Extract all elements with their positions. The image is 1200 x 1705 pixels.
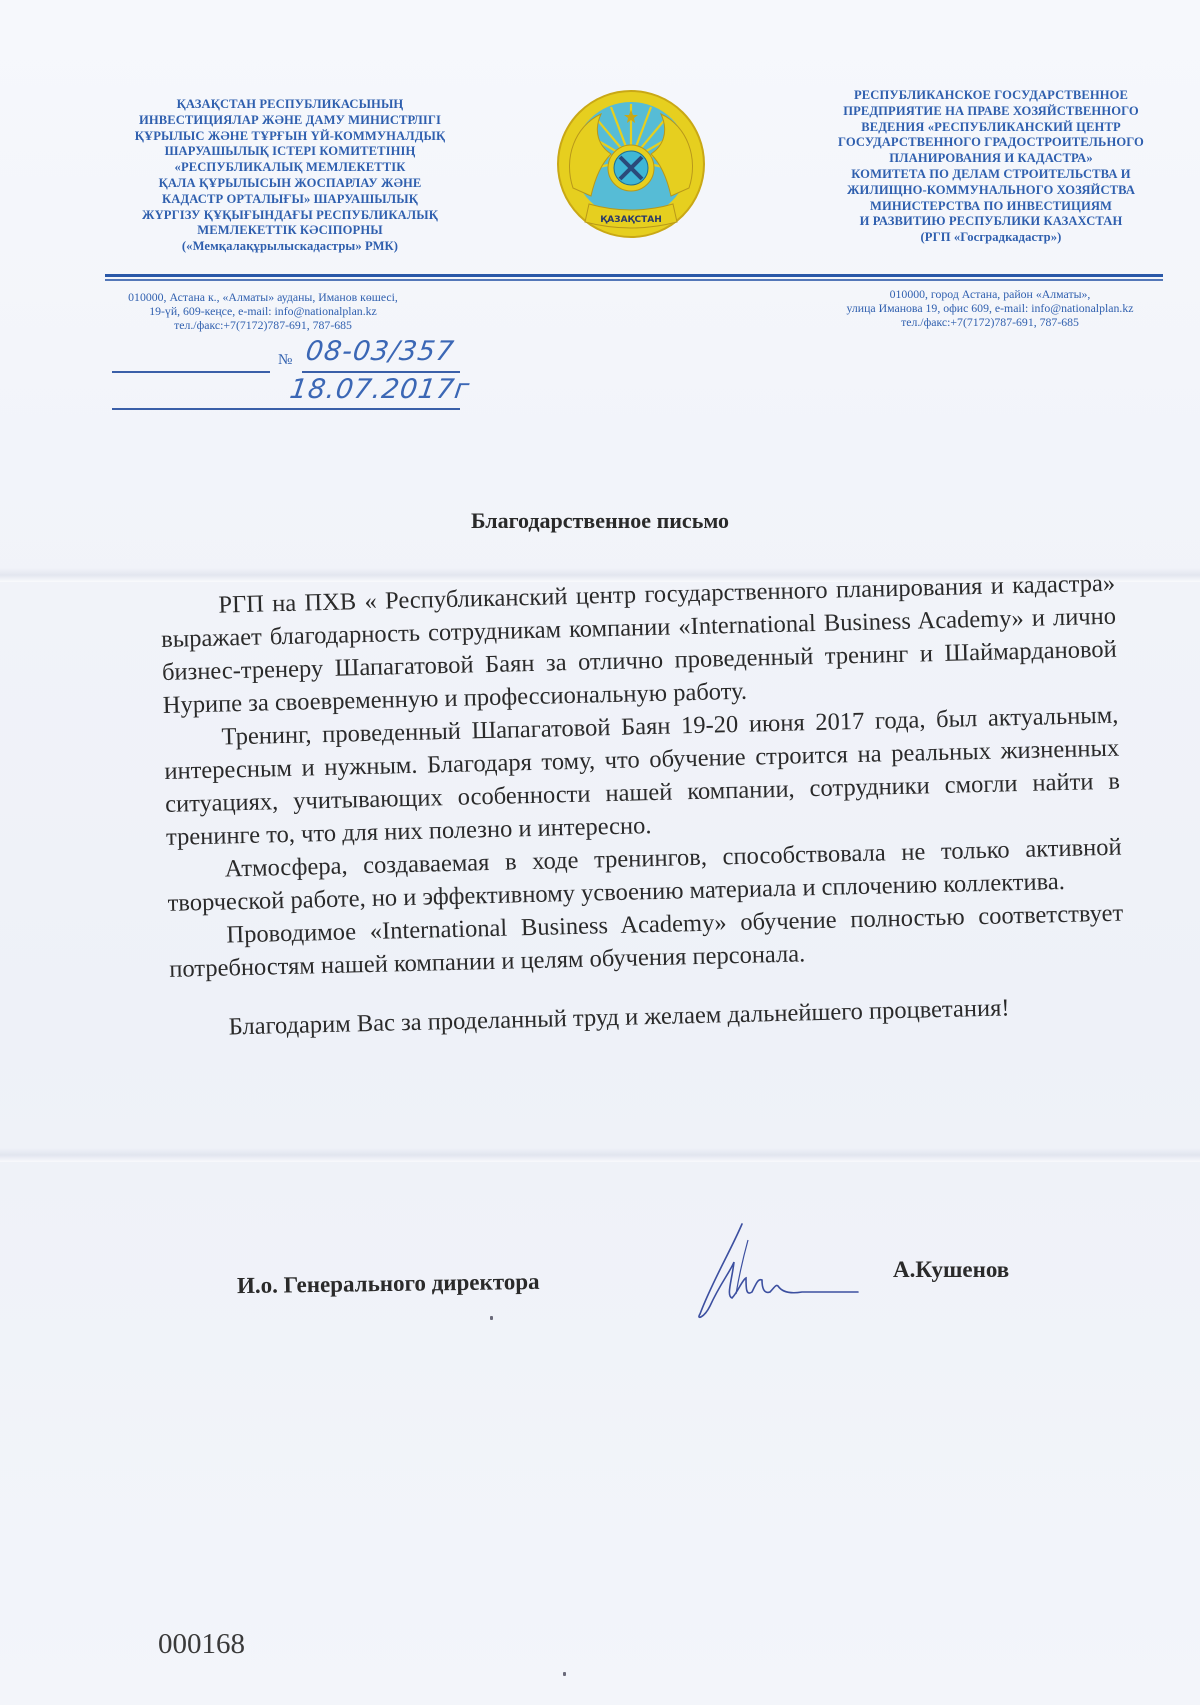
letterhead-line: МЕМЛЕКЕТТІК КӘСІПОРНЫ [100, 223, 480, 239]
letterhead-line: ИНВЕСТИЦИЯЛАР ЖӘНЕ ДАМУ МИНИСТРЛІГІ [100, 113, 480, 129]
letterhead-line: КОМИТЕТА ПО ДЕЛАМ СТРОИТЕЛЬСТВА И [808, 167, 1174, 183]
serial-number: 000168 [158, 1628, 245, 1661]
letterhead-line: ПРЕДПРИЯТИЕ НА ПРАВЕ ХОЗЯЙСТВЕННОГО [808, 104, 1174, 120]
speck [563, 1672, 566, 1676]
svg-text:ҚАЗАҚСТАН: ҚАЗАҚСТАН [600, 215, 662, 225]
kazakhstan-emblem-icon: ҚАЗАҚСТАН [555, 88, 707, 240]
letterhead-line: «РЕСПУБЛИКАЛЫҚ МЕМЛЕКЕТТІК [100, 160, 480, 176]
letter-title: Благодарственное письмо [0, 508, 1200, 534]
number-blank-line [302, 371, 460, 373]
paper-fold [0, 1148, 1200, 1162]
letterhead-right-russian: РЕСПУБЛИКАНСКОЕ ГОСУДАРСТВЕННОЕ ПРЕДПРИЯ… [808, 88, 1174, 246]
address-right-russian: 010000, город Астана, район «Алматы», ул… [800, 287, 1180, 329]
speck [490, 1316, 493, 1320]
letterhead-line: И РАЗВИТИЮ РЕСПУБЛИКИ КАЗАХСТАН [808, 214, 1174, 230]
number-sign: № [278, 352, 292, 369]
letterhead-line: ГОСУДАРСТВЕННОГО ГРАДОСТРОИТЕЛЬНОГО [808, 135, 1174, 151]
letterhead-abbreviation: (РГП «Госградкадастр») [808, 230, 1174, 246]
handwritten-signature [690, 1222, 860, 1322]
registration-date: 18.07.2017г [288, 374, 472, 405]
letterhead-line: ҚҰРЫЛЫС ЖӘНЕ ТҰРҒЫН ҮЙ-КОММУНАЛДЫҚ [100, 129, 480, 145]
letterhead-line: ВЕДЕНИЯ «РЕСПУБЛИКАНСКИЙ ЦЕНТР [808, 120, 1174, 136]
letterhead-line: МИНИСТЕРСТВА ПО ИНВЕСТИЦИЯМ [808, 199, 1174, 215]
letterhead-line: ПЛАНИРОВАНИЯ И КАДАСТРА» [808, 151, 1174, 167]
date-blank-line [112, 371, 270, 373]
date-line [112, 408, 460, 410]
letterhead-divider [105, 274, 1163, 277]
letterhead-abbreviation: («Мемқалақұрылыскадастры» РМК) [100, 239, 480, 255]
address-line: тел./факс:+7(7172)787-691, 787-685 [800, 315, 1180, 329]
signatory-title: И.о. Генерального директора [237, 1269, 540, 1299]
letterhead-line: ЖҮРГІЗУ ҚҰҚЫҒЫНДАҒЫ РЕСПУБЛИКАЛЫҚ [100, 208, 480, 224]
address-left-kazakh: 010000, Астана к., «Алматы» ауданы, Иман… [98, 290, 428, 332]
letterhead-line: ШАРУАШЫЛЫҚ ІСТЕРІ КОМИТЕТІНІҢ [100, 144, 480, 160]
letterhead-left-kazakh: ҚАЗАҚСТАН РЕСПУБЛИКАСЫНЫҢ ИНВЕСТИЦИЯЛАР … [100, 97, 480, 255]
letterhead-line: ЖИЛИЩНО-КОММУНАЛЬНОГО ХОЗЯЙСТВА [808, 183, 1174, 199]
paragraph: РГП на ПХВ « Республиканский центр госуд… [160, 567, 1118, 722]
registration-number: 08-03/357 [304, 336, 456, 367]
letterhead-line: ҚАЗАҚСТАН РЕСПУБЛИКАСЫНЫҢ [100, 97, 480, 113]
address-line: улица Иманова 19, офис 609, e-mail: info… [800, 301, 1180, 315]
letterhead-line: КАДАСТР ОРТАЛЫҒЫ» ШАРУАШЫЛЫҚ [100, 192, 480, 208]
letter-page: ҚАЗАҚСТАН РЕСПУБЛИКАСЫНЫҢ ИНВЕСТИЦИЯЛАР … [0, 0, 1200, 1705]
letterhead-divider [105, 279, 1163, 281]
address-line: тел./факс:+7(7172)787-691, 787-685 [98, 318, 428, 332]
letterhead-line: РЕСПУБЛИКАНСКОЕ ГОСУДАРСТВЕННОЕ [808, 88, 1174, 104]
address-line: 010000, город Астана, район «Алматы», [800, 287, 1180, 301]
letterhead-line: ҚАЛА ҚҰРЫЛЫСЫН ЖОСПАРЛАУ ЖӘНЕ [100, 176, 480, 192]
paragraph: Благодарим Вас за проделанный труд и жел… [170, 989, 1126, 1045]
signatory-name: А.Кушенов [893, 1257, 1009, 1283]
address-line: 19-үй, 609-кеңсе, e-mail: info@nationalp… [98, 304, 428, 318]
paragraph: Тренинг, проведенный Шапагатовой Баян 19… [163, 699, 1121, 854]
address-line: 010000, Астана к., «Алматы» ауданы, Иман… [98, 290, 428, 304]
letter-body: РГП на ПХВ « Республиканский центр госуд… [160, 567, 1126, 1045]
